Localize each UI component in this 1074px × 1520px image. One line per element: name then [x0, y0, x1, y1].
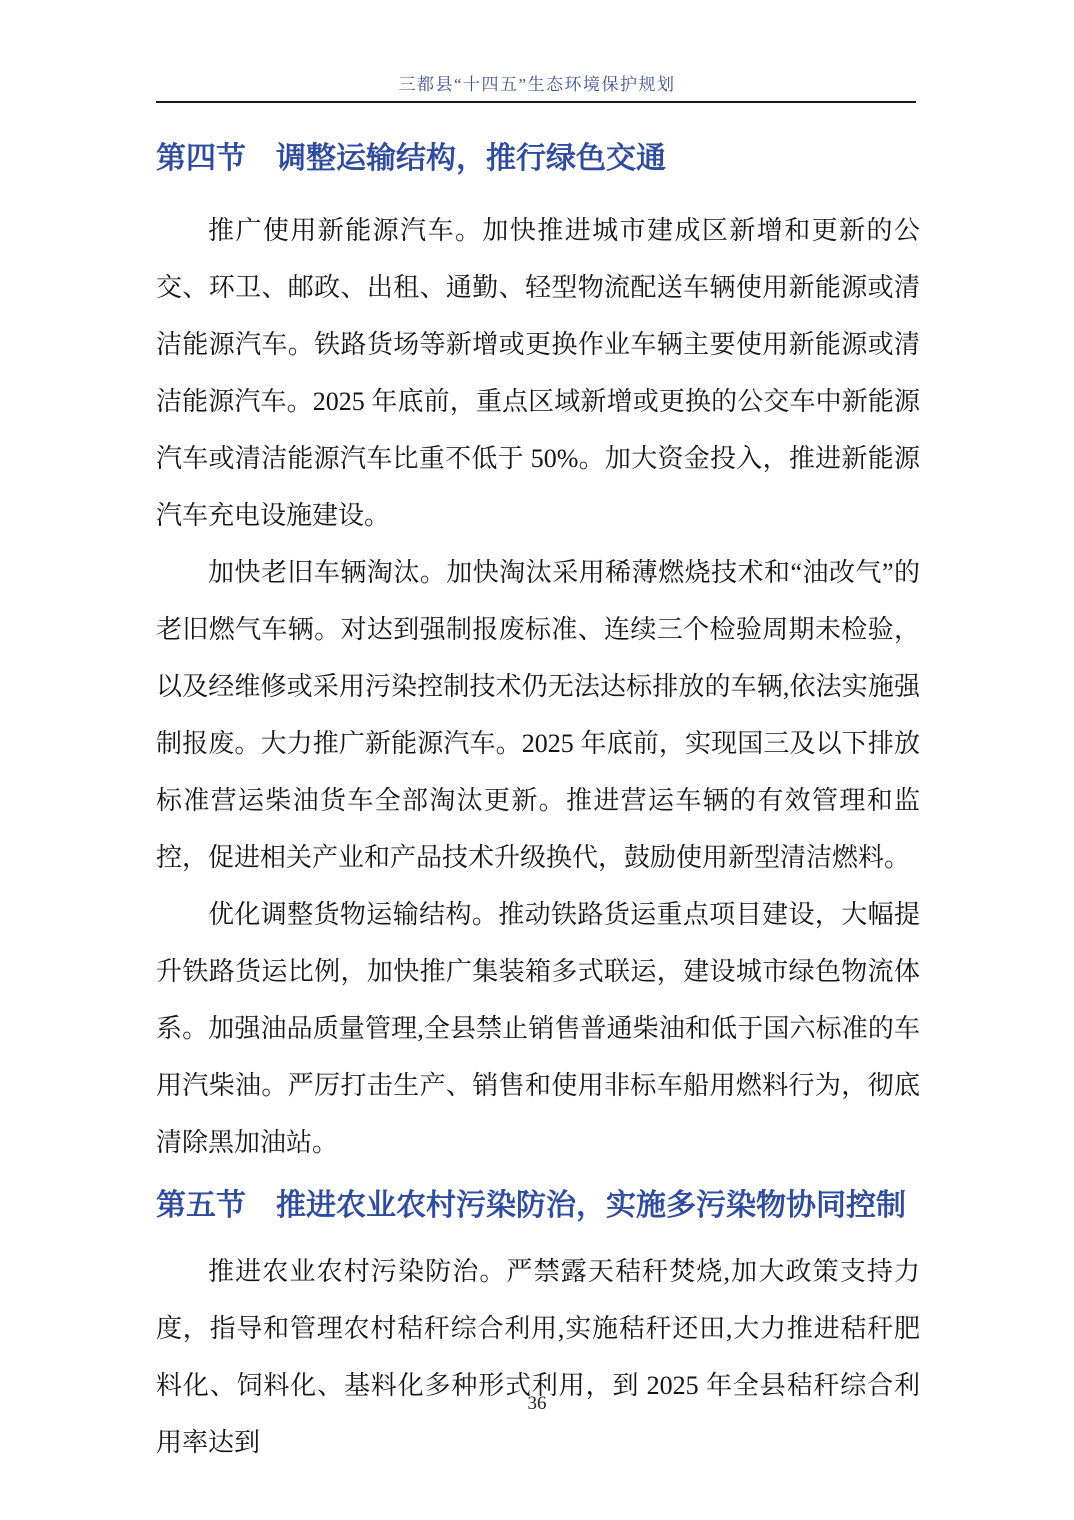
running-header: 三都县“十四五”生态环境保护规划 — [0, 70, 1074, 95]
paragraph-new-energy-vehicles: 推广使用新能源汽车。加快推进城市建成区新增和更新的公交、环卫、邮政、出租、通勤、… — [156, 202, 920, 544]
paragraph-freight-structure: 优化调整货物运输结构。推动铁路货运重点项目建设，大幅提升铁路货运比例，加快推广集… — [156, 886, 920, 1171]
section-heading-5: 第五节 推进农业农村污染防治，实施多污染物协同控制 — [156, 1185, 920, 1227]
header-rule — [156, 101, 916, 103]
paragraph-rural-pollution: 推进农业农村污染防治。严禁露天秸秆焚烧,加大政策支持力度，指导和管理农村秸秆综合… — [156, 1243, 920, 1471]
page-number: 36 — [0, 1393, 1074, 1415]
document-page: 三都县“十四五”生态环境保护规划 第四节 调整运输结构，推行绿色交通 推广使用新… — [0, 0, 1074, 1520]
section-heading-4: 第四节 调整运输结构，推行绿色交通 — [156, 138, 920, 180]
paragraph-old-vehicle-phaseout: 加快老旧车辆淘汰。加快淘汰采用稀薄燃烧技术和“油改气”的老旧燃气车辆。对达到强制… — [156, 544, 920, 886]
running-header-title: 三都县“十四五”生态环境保护规划 — [398, 75, 675, 94]
document-body: 第四节 调整运输结构，推行绿色交通 推广使用新能源汽车。加快推进城市建成区新增和… — [156, 104, 920, 1471]
